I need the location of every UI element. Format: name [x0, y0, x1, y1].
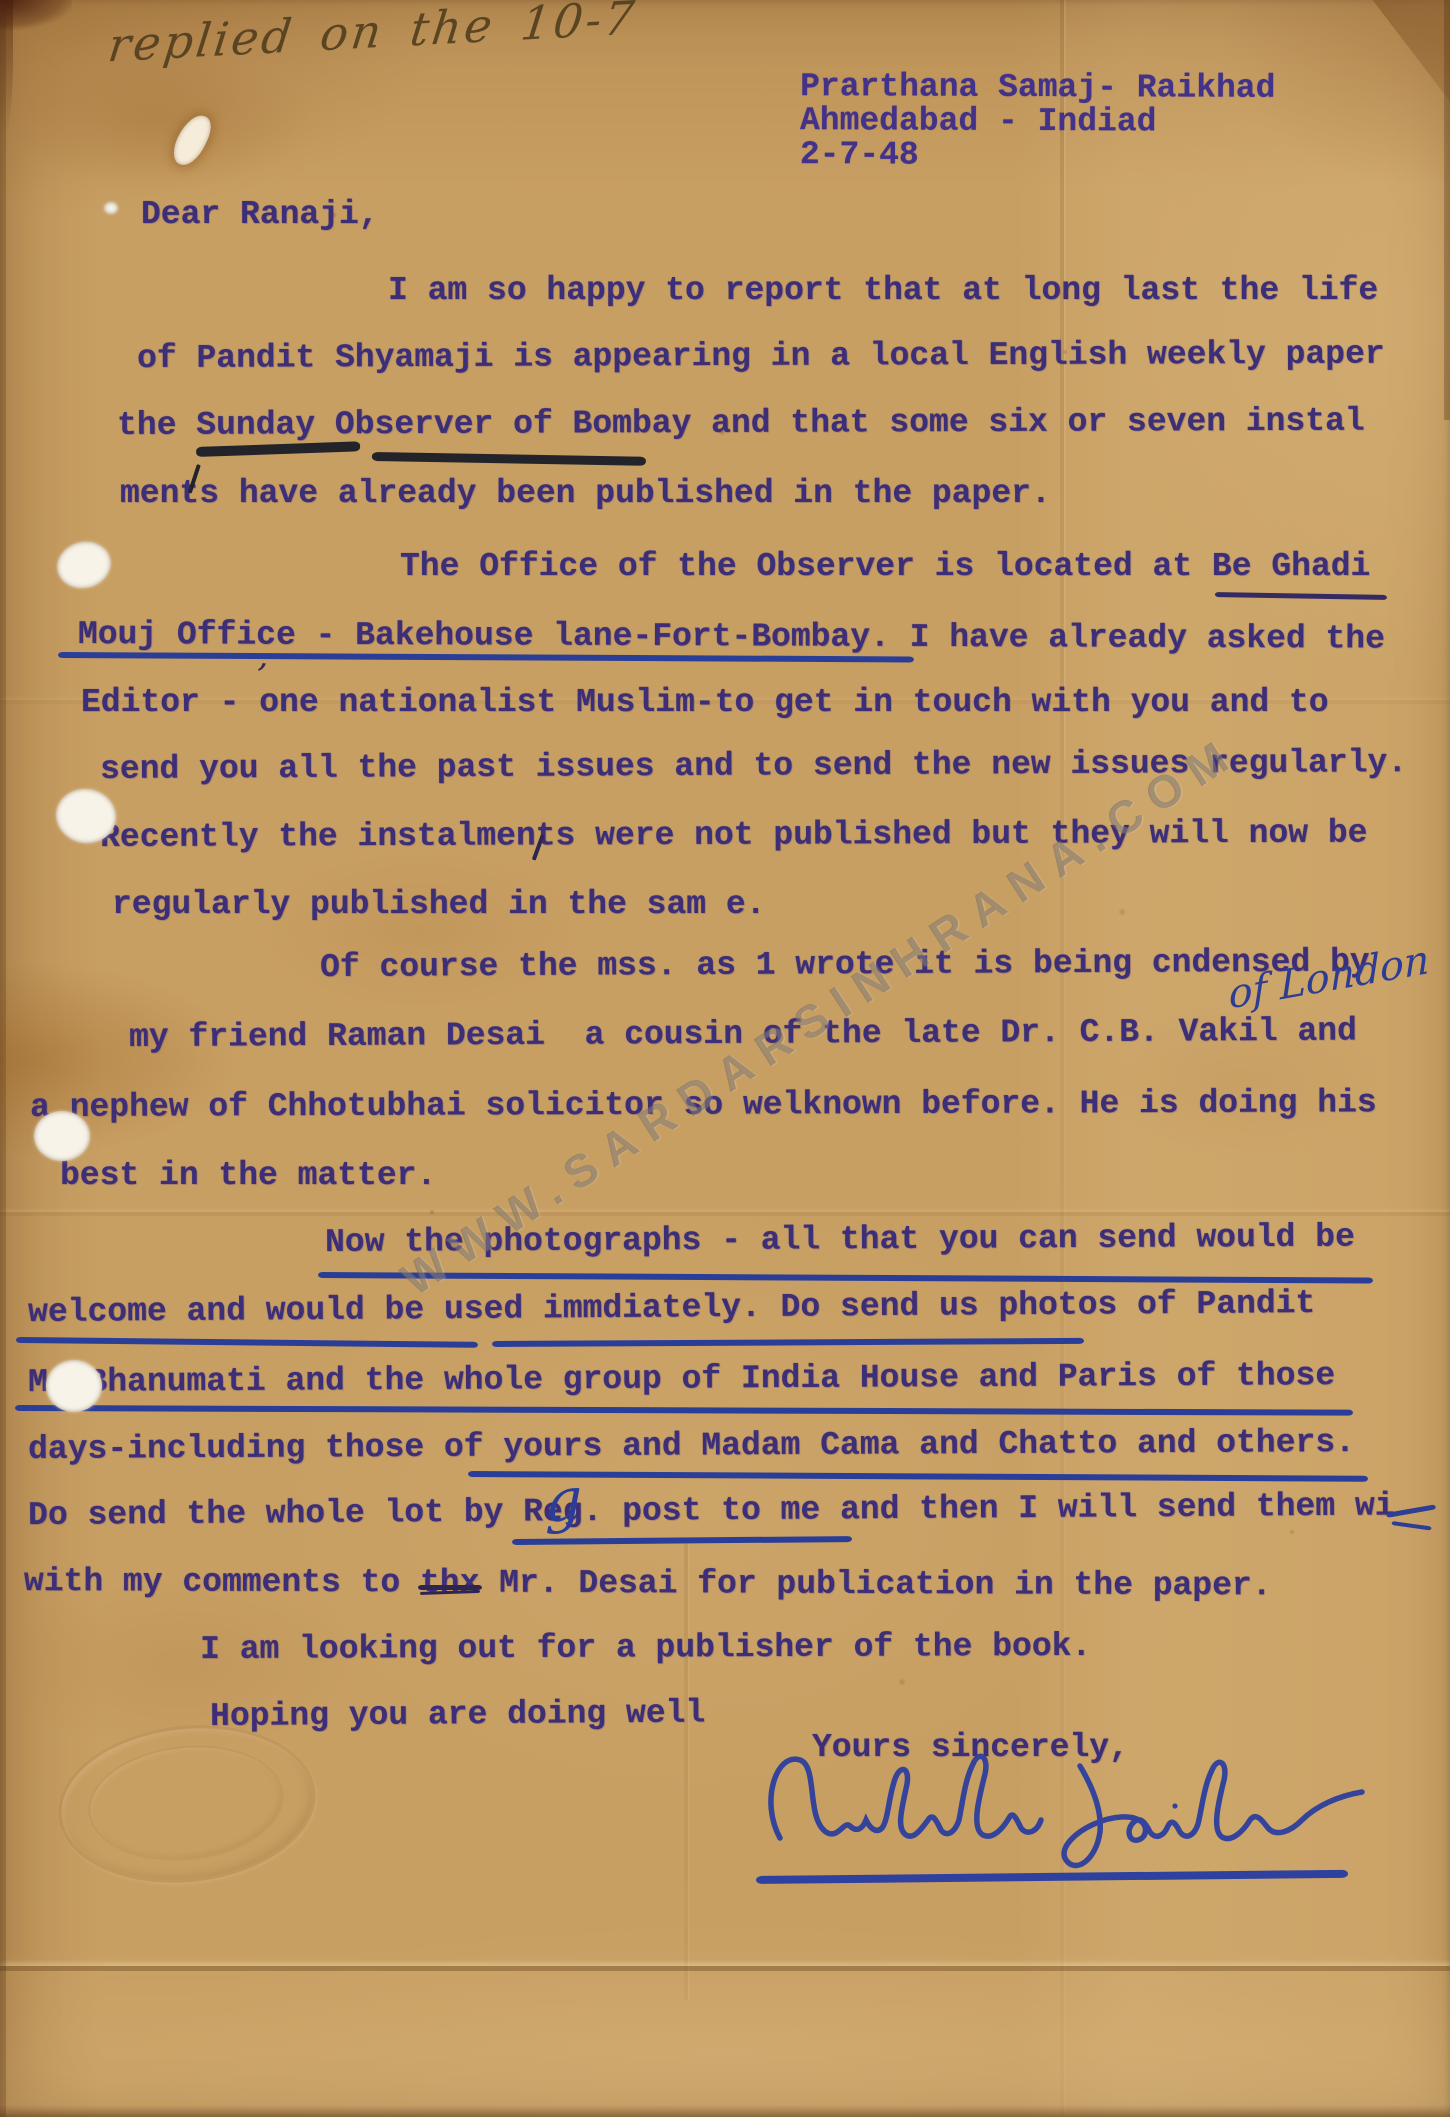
scan-edge-artifact	[0, 2105, 1450, 2117]
typed-line: Hoping you are doing well	[210, 1697, 705, 1734]
typed-line: send you all the past issues and to send…	[100, 746, 1407, 787]
pen-underline	[15, 1405, 1353, 1416]
scan-edge-artifact	[1362, 0, 1450, 108]
typed-line: welcome and would be used immdiately. Do…	[28, 1287, 1315, 1330]
sender-address-block: Prarthana Samaj- Raikhad Ahmedabad - Ind…	[800, 70, 1276, 174]
scan-edge-artifact	[1444, 0, 1450, 420]
typed-line: Mouj Office - Bakehouse lane-Fort-Bombay…	[78, 618, 1385, 657]
sender-line-1: Prarthana Samaj- Raikhad	[800, 70, 1275, 106]
paper-tear	[168, 110, 216, 171]
typed-line: M Bhanumati and the whole group of India…	[28, 1359, 1335, 1400]
typed-line: regularly published in the sam e.	[112, 888, 766, 922]
punch-hole	[46, 1360, 102, 1412]
paper-crease	[684, 1540, 688, 2000]
typed-line: of Pandit Shyamaji is appearing in a loc…	[137, 338, 1385, 376]
pen-underline	[512, 1536, 852, 1545]
letter-date: 2-7-48	[800, 138, 1275, 174]
paper-crease	[0, 1212, 1450, 1216]
pen-underline	[318, 1272, 1373, 1284]
ink-strike	[1391, 1521, 1431, 1531]
signature-strokes	[771, 1756, 1362, 1865]
pen-underline	[492, 1338, 1084, 1347]
sender-line-2: Ahmedabad - Indiad	[800, 104, 1275, 140]
signature	[750, 1736, 1390, 1888]
scan-edge-artifact	[0, 0, 6, 2117]
typed-line: my friend Raman Desai a cousin of the la…	[129, 1015, 1357, 1055]
pen-underline	[1215, 592, 1387, 600]
scan-edge-artifact	[0, 0, 13, 135]
typed-line: Do send the whole lot by Reg. post to me…	[28, 1489, 1395, 1533]
letter-page: replied on the 10-7 Prarthana Samaj- Rai…	[0, 0, 1450, 2117]
punch-hole	[34, 1111, 90, 1161]
punch-hole	[52, 536, 116, 594]
typed-line: a nephew of Chhotubhai solicitor so welk…	[30, 1086, 1377, 1125]
typed-line: Recently the instalments were not publis…	[100, 817, 1368, 855]
salutation: Dear Ranaji,	[141, 198, 379, 232]
ink-smear	[372, 452, 646, 466]
typed-line: with my comments to thx Mr. Desai for pu…	[24, 1565, 1272, 1603]
typed-line: days-including those of yours and Madam …	[28, 1426, 1355, 1467]
typed-line: the Sunday Observer of Bombay and that s…	[117, 405, 1365, 443]
pen-underline	[16, 1337, 478, 1348]
typed-line: The Office of the Observer is located at…	[400, 550, 1370, 584]
typed-line: Editor - one nationalist Muslim-to get i…	[81, 686, 1329, 720]
typed-line: best in the matter.	[60, 1159, 436, 1193]
typed-line: Now the photographs - all that you can s…	[325, 1221, 1355, 1260]
typed-line: Of course the mss. as 1 wrote it is bein…	[320, 946, 1370, 985]
scan-edge-artifact	[0, 0, 72, 30]
typed-line: ments have already been published in the…	[120, 477, 1051, 511]
handwritten-reply-note: replied on the 10-7	[105, 0, 640, 72]
pen-underline	[468, 1471, 1368, 1482]
handwritten-g-correction: g	[545, 1464, 582, 1536]
paper-fold	[0, 1966, 1450, 1971]
typed-line: I am so happy to report that at long las…	[388, 274, 1378, 308]
punch-hole	[104, 202, 118, 214]
typed-line: I am looking out for a publisher of the …	[200, 1630, 1091, 1667]
